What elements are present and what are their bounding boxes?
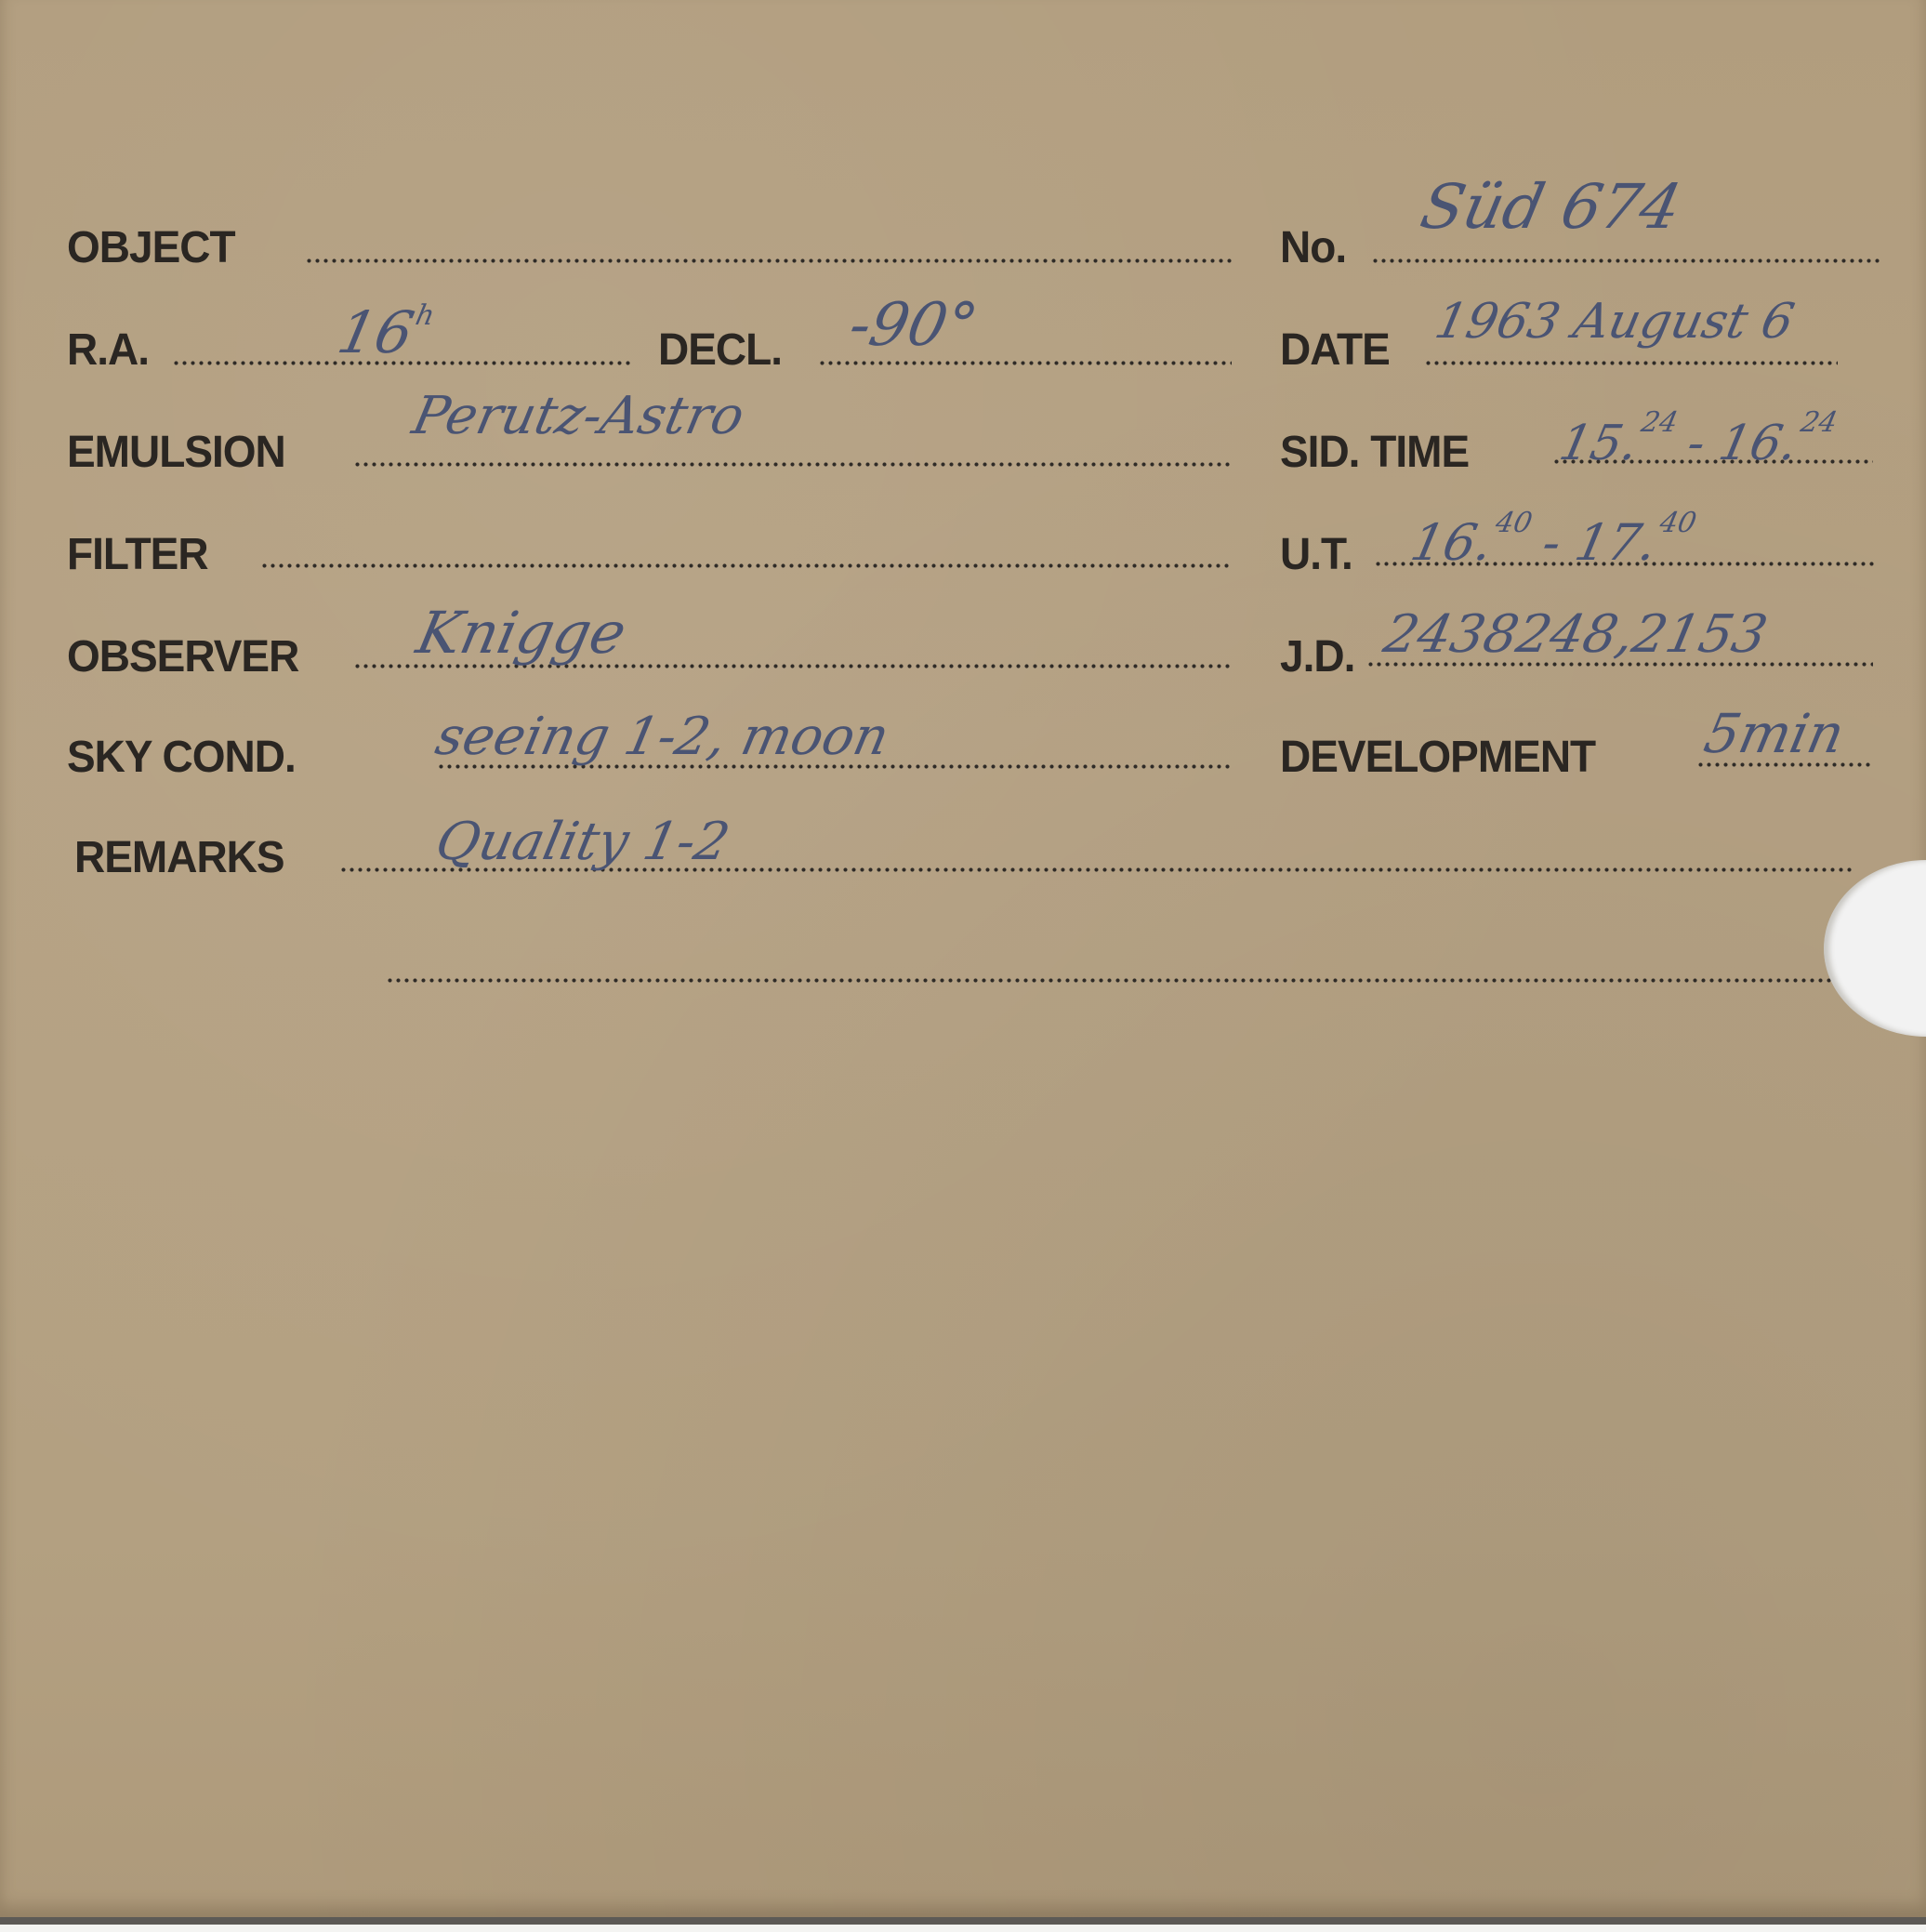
sid-time-value: 15.24 - 16.24 [1555,409,1840,468]
object-label: OBJECT [67,224,235,269]
ra-label: R.A. [67,326,149,371]
sky-cond-value: seeing 1-2, moon [431,711,893,763]
ra-value: 16h [333,302,437,362]
no-label: No. [1280,224,1346,269]
emulsion-label: EMULSION [67,429,285,473]
emulsion-value: Perutz-Astro [408,390,748,443]
decl-value: -90° [844,296,983,355]
ut-label: U.T. [1280,531,1352,576]
no-value: Süd 674 [1416,177,1686,238]
observer-label: OBSERVER [67,633,298,678]
remarks-label: REMARKS [74,834,284,879]
sky-cond-label: SKY COND. [67,734,296,778]
no-field-line [1371,258,1882,263]
decl-field-line [818,361,1232,365]
date-label: DATE [1280,326,1390,371]
object-field-line [305,258,1232,263]
remarks-value: Quality 1-2 [431,816,733,868]
jd-value: 2438248,2153 [1379,609,1772,661]
filter-field-line [260,563,1232,568]
ut-value: 16.40 - 17.40 [1406,509,1698,568]
sid-time-label: SID. TIME [1280,429,1469,473]
plate-envelope: OBJECT No. Süd 674 R.A. 16h DECL. -90° D… [0,0,1926,1925]
decl-label: DECL. [658,326,782,371]
date-field-line [1424,361,1838,365]
date-value: 1963 August 6 [1431,298,1798,346]
observer-value: Knigge [412,604,630,662]
emulsion-field-line [353,462,1232,467]
remarks-continuation-line [386,978,1873,983]
jd-label: J.D. [1280,633,1354,678]
development-value: 5min [1700,707,1849,761]
development-label: DEVELOPMENT [1280,734,1595,778]
filter-label: FILTER [67,531,208,576]
